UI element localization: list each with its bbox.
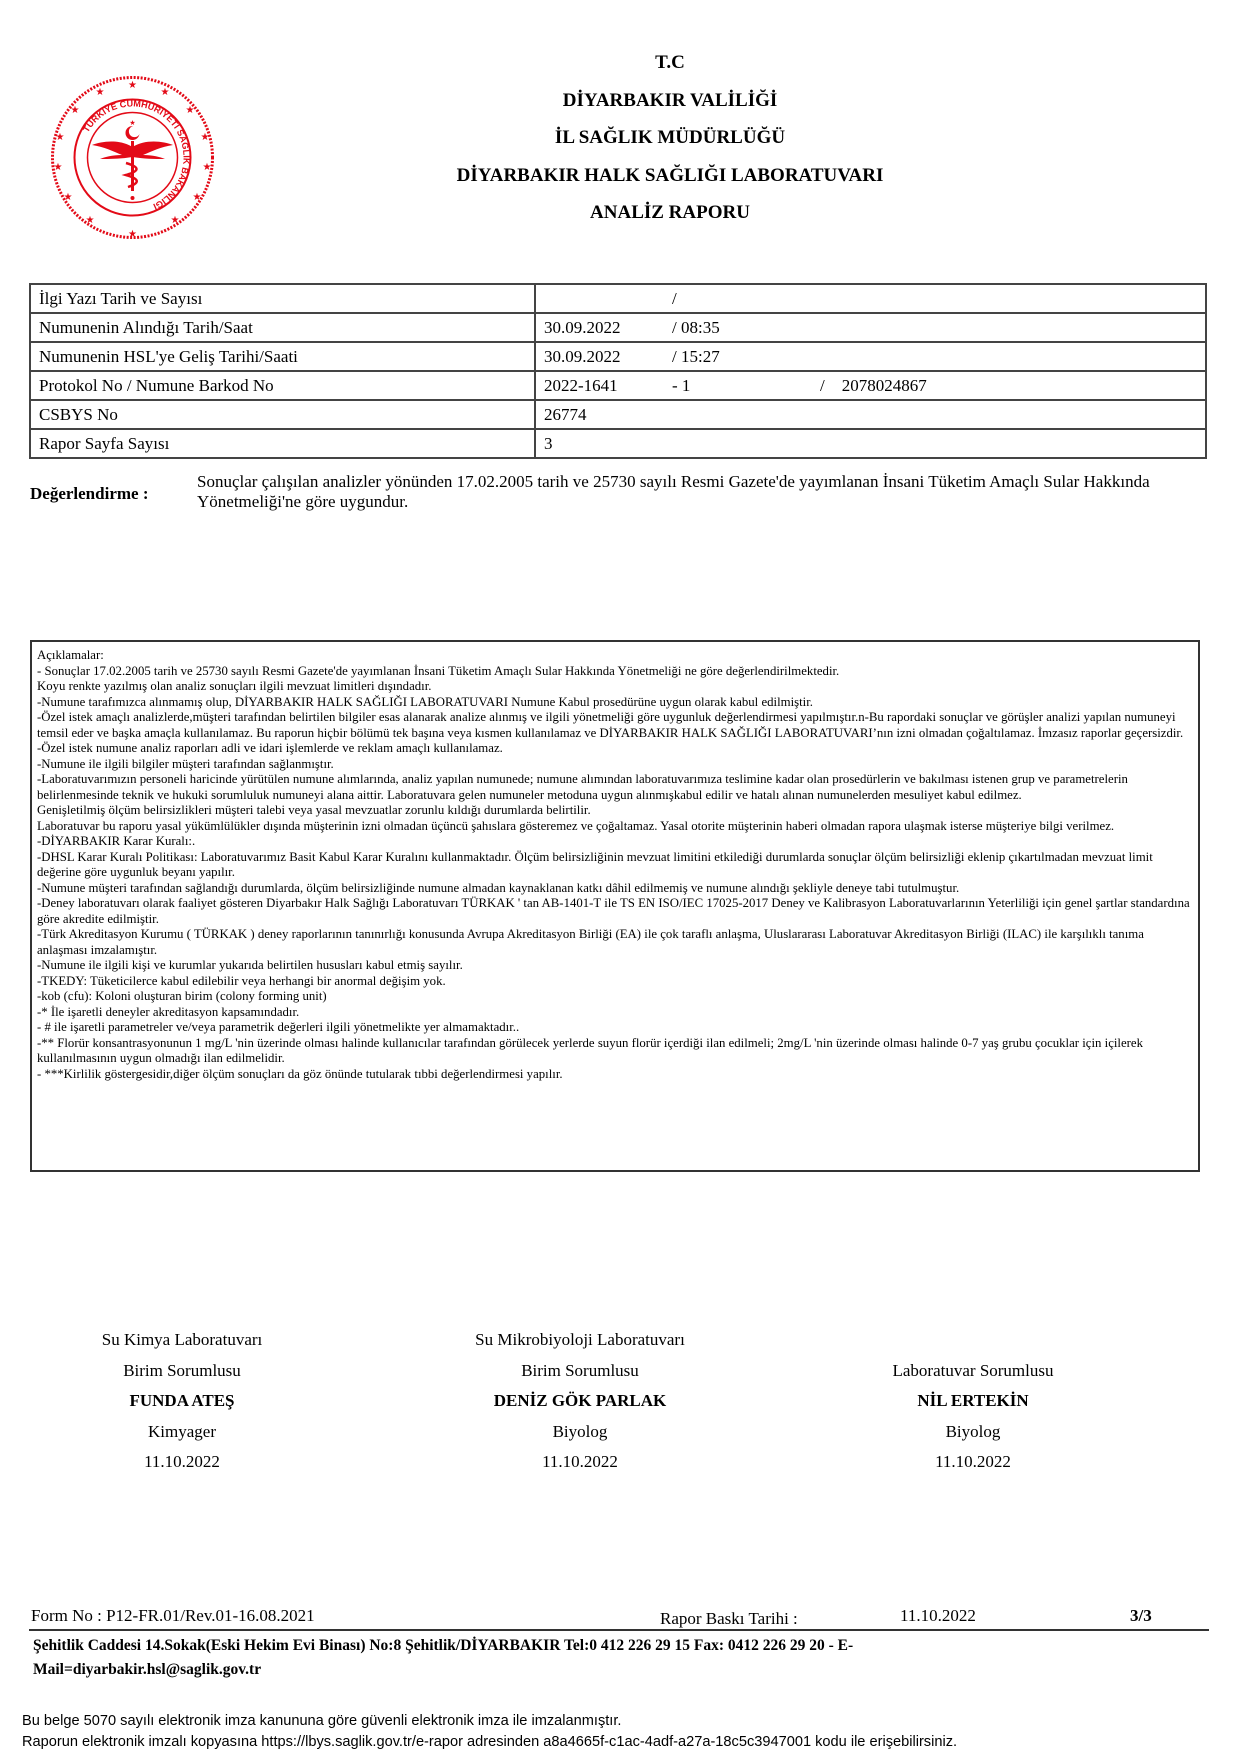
svg-text:★: ★ — [161, 87, 170, 98]
page-number: 3/3 — [1130, 1606, 1152, 1626]
explanation-item: -Özel istek amaçlı analizlerde,müşteri t… — [37, 710, 1192, 741]
explanation-item: - Sonuçlar 17.02.2005 tarih ve 25730 say… — [37, 664, 1192, 680]
evaluation-text: Sonuçlar çalışılan analizler yönünden 17… — [197, 472, 1197, 512]
signature-block-lab-manager: Laboratuvar Sorumlusu NİL ERTEKİN Biyolo… — [823, 1325, 1123, 1478]
svg-text:★: ★ — [86, 215, 95, 226]
footer-divider — [29, 1629, 1209, 1631]
svg-text:★: ★ — [203, 162, 212, 173]
svg-text:★: ★ — [186, 105, 195, 116]
info-value: 30.09.2022/ 15:27 — [535, 342, 1206, 371]
signature-title: Biyolog — [430, 1417, 730, 1448]
info-value: 2022-1641- 1/ 2078024867 — [535, 371, 1206, 400]
info-value-part: 30.09.2022 — [544, 347, 672, 367]
address-line: Şehitlik Caddesi 14.Sokak(Eski Hekim Evi… — [33, 1634, 1133, 1658]
explanation-item: -TKEDY: Tüketicilerce kabul edilebilir v… — [37, 974, 1192, 990]
explanation-item: -kob (cfu): Koloni oluşturan birim (colo… — [37, 989, 1192, 1005]
info-label: Numunenin Alındığı Tarih/Saat — [30, 313, 535, 342]
info-label: CSBYS No — [30, 400, 535, 429]
info-value-part: 30.09.2022 — [544, 318, 672, 338]
document-header: T.C DİYARBAKIR VALİLİĞİ İL SAĞLIK MÜDÜRL… — [380, 44, 960, 232]
info-value-part: - 1 — [672, 376, 820, 396]
signature-date: 11.10.2022 — [32, 1447, 332, 1478]
explanation-item: - # ile işaretli parametreler ve/veya pa… — [37, 1020, 1192, 1036]
ministry-of-health-seal-icon: ★ ★ ★ ★ ★ ★ ★ ★ ★ ★ ★ ★ ★ ★ TÜRKİYE CUMH… — [50, 75, 215, 240]
info-label: Rapor Sayfa Sayısı — [30, 429, 535, 458]
header-directorate: İL SAĞLIK MÜDÜRLÜĞÜ — [380, 119, 960, 157]
explanation-item: -* İle işaretli deneyler akreditasyon ka… — [37, 1005, 1192, 1021]
info-row: CSBYS No26774 — [30, 400, 1206, 429]
explanation-item: Laboratuvar bu raporu yasal yükümlülükle… — [37, 819, 1192, 835]
explanations-box: Açıklamalar:- Sonuçlar 17.02.2005 tarih … — [30, 640, 1200, 1172]
lab-address: Şehitlik Caddesi 14.Sokak(Eski Hekim Evi… — [33, 1634, 1133, 1682]
explanations-heading: Açıklamalar: — [37, 648, 1192, 664]
info-row: Numunenin Alındığı Tarih/Saat30.09.2022/… — [30, 313, 1206, 342]
info-row: Rapor Sayfa Sayısı3 — [30, 429, 1206, 458]
explanation-item: -Numune ile ilgili bilgiler müşteri tara… — [37, 757, 1192, 773]
signature-title: Kimyager — [32, 1417, 332, 1448]
print-date: 11.10.2022 — [900, 1606, 976, 1626]
explanation-item: -Özel istek numune analiz raporları adli… — [37, 741, 1192, 757]
form-number: Form No : P12-FR.01/Rev.01-16.08.2021 — [31, 1606, 315, 1626]
esign-verification-link[interactable]: Raporun elektronik imzalı kopyasına http… — [22, 1732, 957, 1753]
email-line: Mail=diyarbakir.hsl@saglik.gov.tr — [33, 1658, 1133, 1682]
header-report-title: ANALİZ RAPORU — [380, 194, 960, 232]
signature-title: Biyolog — [823, 1417, 1123, 1448]
explanation-item: -Numune tarafımızca alınmamış olup, DİYA… — [37, 695, 1192, 711]
info-value-part: / 15:27 — [672, 347, 820, 367]
info-value: 3 — [535, 429, 1206, 458]
sample-info-table: İlgi Yazı Tarih ve Sayısı/Numunenin Alın… — [29, 283, 1207, 459]
signature-role: Laboratuvar Sorumlusu — [823, 1356, 1123, 1387]
svg-text:★: ★ — [128, 80, 137, 91]
svg-text:★: ★ — [96, 87, 105, 98]
esign-law-notice: Bu belge 5070 sayılı elektronik imza kan… — [22, 1711, 957, 1732]
info-row: Protokol No / Numune Barkod No2022-1641-… — [30, 371, 1206, 400]
info-label: Numunenin HSL'ye Geliş Tarihi/Saati — [30, 342, 535, 371]
signature-unit: Su Mikrobiyoloji Laboratuvarı — [430, 1325, 730, 1356]
print-date-label: Rapor Baskı Tarihi : — [660, 1609, 798, 1629]
signature-block-chemistry: Su Kimya Laboratuvarı Birim Sorumlusu FU… — [32, 1325, 332, 1478]
info-value-part: 26774 — [544, 405, 672, 425]
info-value-part: 2022-1641 — [544, 376, 672, 396]
info-value-part: 3 — [544, 434, 672, 454]
info-row: Numunenin HSL'ye Geliş Tarihi/Saati30.09… — [30, 342, 1206, 371]
header-laboratory: DİYARBAKIR HALK SAĞLIĞI LABORATUVARI — [380, 157, 960, 195]
info-value-part: / — [672, 289, 820, 309]
header-governorship: DİYARBAKIR VALİLİĞİ — [380, 82, 960, 120]
svg-text:★: ★ — [56, 132, 65, 143]
signature-date: 11.10.2022 — [430, 1447, 730, 1478]
explanation-item: -Deney laboratuvarı olarak faaliyet göst… — [37, 896, 1192, 927]
explanation-item: Koyu renkte yazılmış olan analiz sonuçla… — [37, 679, 1192, 695]
explanation-item: -DHSL Karar Kuralı Politikası: Laboratuv… — [37, 850, 1192, 881]
info-value: 26774 — [535, 400, 1206, 429]
svg-text:★: ★ — [64, 192, 73, 203]
signature-name: NİL ERTEKİN — [823, 1386, 1123, 1417]
explanation-item: Genişletilmiş ölçüm belirsizlikleri müşt… — [37, 803, 1192, 819]
explanation-item: -DİYARBAKIR Karar Kuralı:. — [37, 834, 1192, 850]
svg-text:★: ★ — [201, 132, 210, 143]
explanation-item: -Türk Akreditasyon Kurumu ( TÜRKAK ) den… — [37, 927, 1192, 958]
info-row: İlgi Yazı Tarih ve Sayısı/ — [30, 284, 1206, 313]
info-value-part: / 2078024867 — [820, 376, 927, 396]
header-tc: T.C — [380, 44, 960, 82]
info-value-part: / 08:35 — [672, 318, 820, 338]
explanation-item: -Laboratuvarımızın personeli haricinde y… — [37, 772, 1192, 803]
evaluation-label: Değerlendirme : — [30, 484, 148, 504]
signature-name: DENİZ GÖK PARLAK — [430, 1386, 730, 1417]
svg-text:★: ★ — [128, 229, 137, 240]
explanation-item: -Numune müşteri tarafından sağlandığı du… — [37, 881, 1192, 897]
info-label: İlgi Yazı Tarih ve Sayısı — [30, 284, 535, 313]
signature-role: Birim Sorumlusu — [430, 1356, 730, 1387]
explanation-item: -** Florür konsantrasyonunun 1 mg/L 'nin… — [37, 1036, 1192, 1067]
electronic-signature-notice: Bu belge 5070 sayılı elektronik imza kan… — [22, 1711, 957, 1753]
signature-role: Birim Sorumlusu — [32, 1356, 332, 1387]
explanation-item: - ***Kirlilik göstergesidir,diğer ölçüm … — [37, 1067, 1192, 1083]
signature-date: 11.10.2022 — [823, 1447, 1123, 1478]
signature-block-microbiology: Su Mikrobiyoloji Laboratuvarı Birim Soru… — [430, 1325, 730, 1478]
info-value: / — [535, 284, 1206, 313]
signature-unit: Su Kimya Laboratuvarı — [32, 1325, 332, 1356]
explanation-item: -Numune ile ilgili kişi ve kurumlar yuka… — [37, 958, 1192, 974]
svg-text:★: ★ — [171, 215, 180, 226]
info-value: 30.09.2022/ 08:35 — [535, 313, 1206, 342]
info-label: Protokol No / Numune Barkod No — [30, 371, 535, 400]
svg-text:★: ★ — [71, 105, 80, 116]
svg-text:★: ★ — [54, 162, 63, 173]
signature-name: FUNDA ATEŞ — [32, 1386, 332, 1417]
signature-unit — [823, 1325, 1123, 1356]
svg-text:★: ★ — [193, 192, 202, 203]
svg-text:★: ★ — [129, 119, 135, 127]
